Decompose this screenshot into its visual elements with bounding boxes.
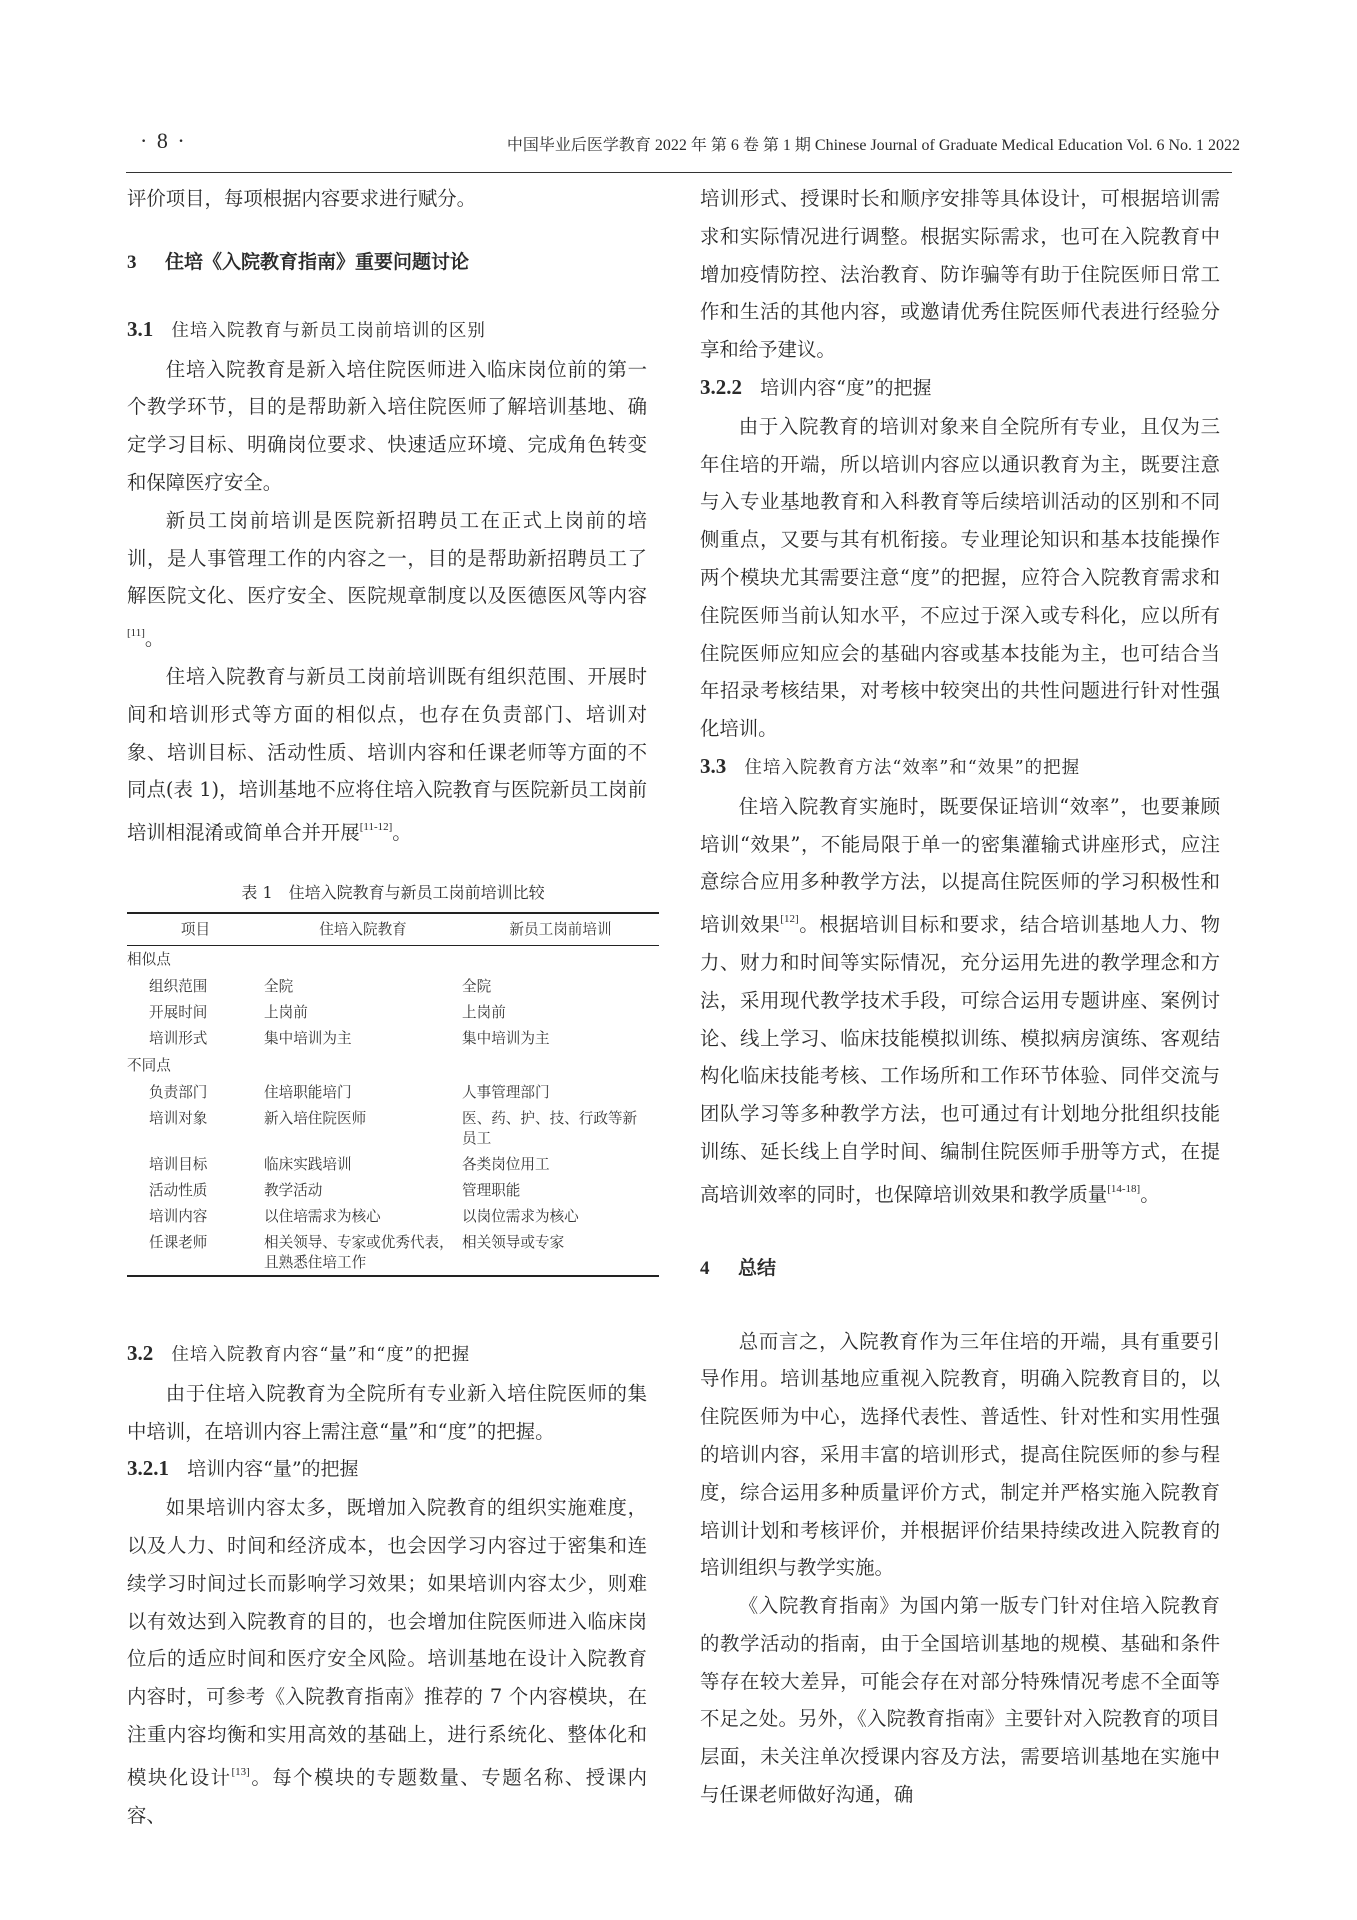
table-group-label: 不同点 xyxy=(127,1052,659,1080)
paragraph: 《入院教育指南》为国内第一版专门针对住培入院教育的教学活动的指南，由于全国培训基… xyxy=(700,1587,1220,1814)
page-header: · 8 · 中国毕业后医学教育 2022 年 第 6 卷 第 1 期 Chine… xyxy=(140,128,1240,158)
paragraph: 住培入院教育是新入培住院医师进入临床岗位前的第一个教学环节，目的是帮助新入培住院… xyxy=(127,351,647,502)
running-title: 中国毕业后医学教育 2022 年 第 6 卷 第 1 期 Chinese Jou… xyxy=(507,132,1240,155)
paragraph: 新员工岗前培训是医院新招聘员工在正式上岗前的培训，是人事管理工作的内容之一，目的… xyxy=(127,502,647,658)
subsection-heading: 3.3 住培入院教育方法“效率”和“效果”的把握 xyxy=(700,748,1220,788)
table-row: 活动性质教学活动管理职能 xyxy=(127,1178,659,1204)
table-row: 组织范围全院全院 xyxy=(127,974,659,1000)
header-divider xyxy=(126,172,1232,173)
table-caption: 表 1 住培入院教育与新员工岗前培训比较 xyxy=(127,880,659,906)
page-number: · 8 · xyxy=(140,128,187,154)
table-row: 开展时间上岗前上岗前 xyxy=(127,1000,659,1026)
citation: [14-18] xyxy=(1107,1183,1140,1195)
table-row: 培训内容以住培需求为核心以岗位需求为核心 xyxy=(127,1204,659,1230)
paragraph: 培训形式、授课时长和顺序安排等具体设计，可根据培训需求和实际情况进行调整。根据实… xyxy=(700,180,1220,369)
column-header: 项目 xyxy=(127,913,264,946)
paragraph: 由于住培入院教育为全院所有专业新入培住院医师的集中培训，在培训内容上需注意“量”… xyxy=(127,1375,647,1451)
section-heading: 4总结 xyxy=(700,1250,1220,1287)
paragraph: 由于入院教育的培训对象来自全院所有专业，且仅为三年住培的开端，所以培训内容应以通… xyxy=(700,408,1220,748)
table-row: 培训对象新入培住院医师医、药、护、技、行政等新员工 xyxy=(127,1106,659,1152)
paragraph: 评价项目，每项根据内容要求进行赋分。 xyxy=(127,180,647,218)
citation: [11-12] xyxy=(360,821,393,833)
left-column-lower: 3.2 住培入院教育内容“量”和“度”的把握 由于住培入院教育为全院所有专业新入… xyxy=(127,1335,647,1834)
paragraph: 如果培训内容太多，既增加入院教育的组织实施难度，以及人力、时间和经济成本，也会因… xyxy=(127,1489,647,1834)
column-header: 住培入院教育 xyxy=(264,913,462,946)
subsubsection-heading: 3.2.1 培训内容“量”的把握 xyxy=(127,1450,647,1489)
table-row: 任课老师相关领导、专家或优秀代表，且熟悉住培工作相关领导或专家 xyxy=(127,1230,659,1276)
subsection-heading: 3.2 住培入院教育内容“量”和“度”的把握 xyxy=(127,1335,647,1375)
citation: [13] xyxy=(232,1766,250,1778)
table-header-row: 项目 住培入院教育 新员工岗前培训 xyxy=(127,913,659,946)
table-group-label: 相似点 xyxy=(127,946,659,975)
section-heading: 3住培《入院教育指南》重要问题讨论 xyxy=(127,244,647,281)
subsection-heading: 3.1 住培入院教育与新员工岗前培训的区别 xyxy=(127,311,647,351)
citation: [11] xyxy=(127,627,145,639)
subsubsection-heading: 3.2.2 培训内容“度”的把握 xyxy=(700,369,1220,408)
table-row: 培训形式集中培训为主集中培训为主 xyxy=(127,1026,659,1052)
table-row: 培训目标临床实践培训各类岗位用工 xyxy=(127,1152,659,1178)
paragraph: 总而言之，入院教育作为三年住培的开端，具有重要引导作用。培训基地应重视入院教育，… xyxy=(700,1323,1220,1588)
paragraph: 住培入院教育实施时，既要保证培训“效率”，也要兼顾培训“效果”，不能局限于单一的… xyxy=(700,788,1220,1214)
citation: [12] xyxy=(780,913,798,925)
comparison-table: 表 1 住培入院教育与新员工岗前培训比较 项目 住培入院教育 新员工岗前培训 相… xyxy=(127,880,659,1277)
left-column: 评价项目，每项根据内容要求进行赋分。 3住培《入院教育指南》重要问题讨论 3.1… xyxy=(127,180,647,852)
right-column: 培训形式、授课时长和顺序安排等具体设计，可根据培训需求和实际情况进行调整。根据实… xyxy=(700,180,1220,1814)
paragraph: 住培入院教育与新员工岗前培训既有组织范围、开展时间和培训形式等方面的相似点，也存… xyxy=(127,658,647,852)
column-header: 新员工岗前培训 xyxy=(462,913,659,946)
table-row: 负责部门住培职能培门人事管理部门 xyxy=(127,1080,659,1106)
